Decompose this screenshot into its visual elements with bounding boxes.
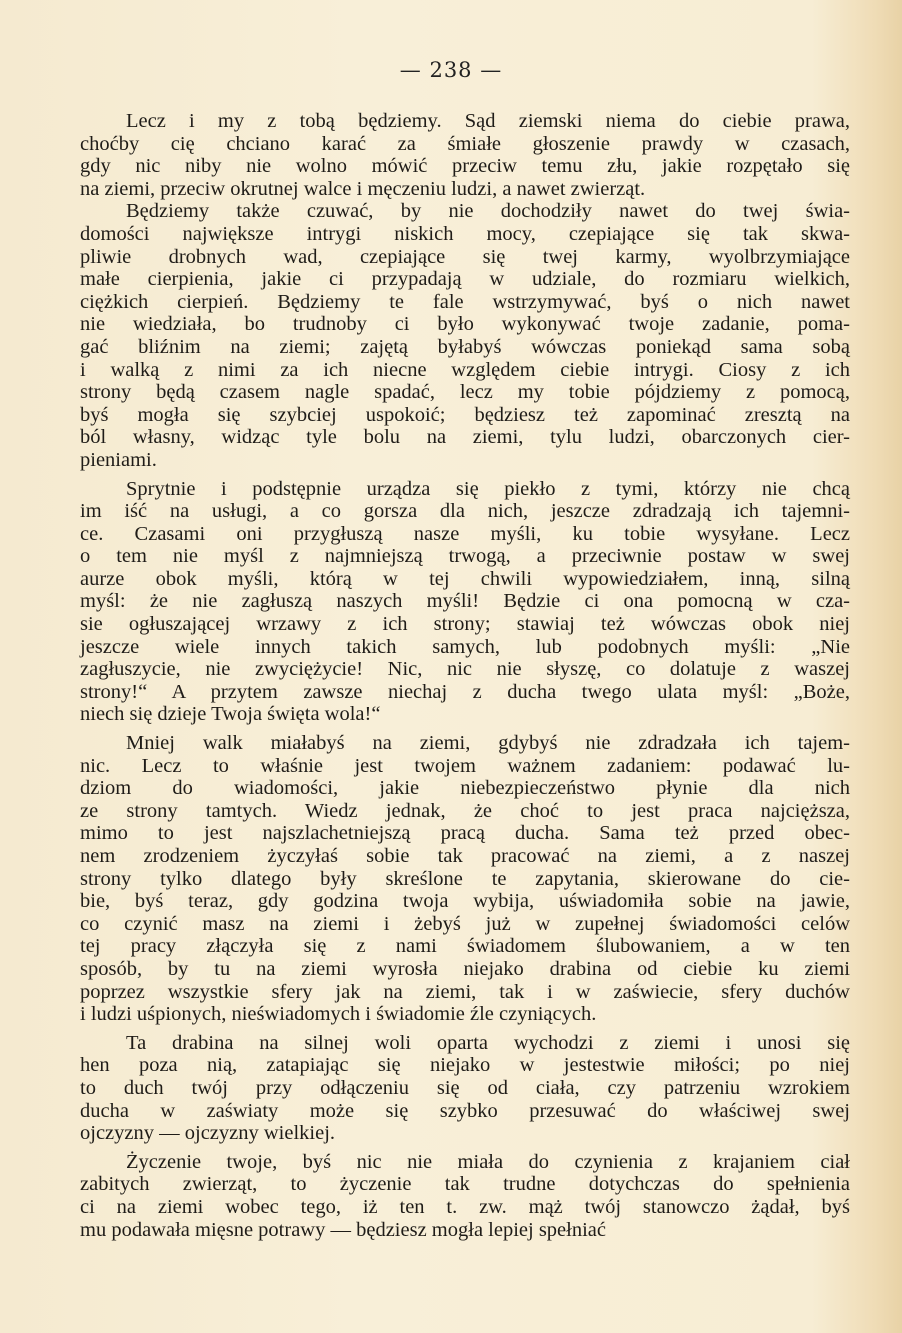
text-line: mimo to jest najszlachetniejszą pracą du… [80, 822, 850, 845]
text-line: i walką z nimi za ich niecne względem ci… [80, 359, 850, 382]
text-line: byś mogła się szybciej uspokoić; będzies… [80, 404, 850, 427]
text-line: dziom do wiadomości, jakie niebezpieczeń… [80, 777, 850, 800]
text-line: to duch twój przy odłączeniu się od ciał… [80, 1077, 850, 1100]
text-line: aurze obok myśli, którą w tej chwili wyp… [80, 568, 850, 591]
text-line: sie ogłuszającej wrzawy z ich strony; st… [80, 613, 850, 636]
text-line: choćby cię chciano karać za śmiałe głosz… [80, 133, 850, 156]
text-line: nem zrodzeniem życzyłaś sobie tak pracow… [80, 845, 850, 868]
text-line: bie, byś teraz, gdy godzina twoja wybija… [80, 890, 850, 913]
text-line: ze strony tamtych. Wiedz jednak, że choć… [80, 800, 850, 823]
text-line: na ziemi, przeciw okrutnej walce i męcze… [80, 178, 850, 201]
text-line: małe cierpienia, jakie ci przypadają w u… [80, 268, 850, 291]
text-line: strony tylko dlatego były skreślone te z… [80, 868, 850, 891]
text-line: tej pracy złączyła się z nami świadomem … [80, 935, 850, 958]
text-line: Życzenie twoje, byś nic nie miała do czy… [80, 1151, 850, 1174]
text-line: strony będą czasem nagle spadać, lecz my… [80, 381, 850, 404]
text-line: mu podawała mięsne potrawy — będziesz mo… [80, 1219, 850, 1242]
text-line: jeszcze wiele innych takich samych, lub … [80, 636, 850, 659]
book-page: — 238 — Lecz i my z tobą będziemy. Sąd z… [0, 0, 902, 1333]
text-line: pliwie drobnych wad, czepiające się twej… [80, 246, 850, 269]
text-line: pieniami. [80, 449, 850, 472]
text-line: zagłuszycie, nie zwyciężycie! Nic, nic n… [80, 658, 850, 681]
text-line: o tem nie myśl z najmniejszą trwogą, a p… [80, 545, 850, 568]
text-line: Ta drabina na silnej woli oparta wychodz… [80, 1032, 850, 1055]
body-text: Lecz i my z tobą będziemy. Sąd ziemski n… [80, 110, 850, 1241]
text-line: hen poza nią, zatapiając się niejako w j… [80, 1054, 850, 1077]
text-line: ce. Czasami oni przygłuszą nasze myśli, … [80, 523, 850, 546]
paragraph: Ta drabina na silnej woli oparta wychodz… [80, 1032, 850, 1145]
text-line: Mniej walk miałabyś na ziemi, gdybyś nie… [80, 732, 850, 755]
text-line: Sprytnie i podstępnie urządza się piekło… [80, 478, 850, 501]
text-line: co czynić masz na ziemi i żebyś już w zu… [80, 913, 850, 936]
text-line: zabitych zwierząt, to życzenie tak trudn… [80, 1173, 850, 1196]
text-line: ci na ziemi wobec tego, iż ten t. zw. mą… [80, 1196, 850, 1219]
text-line: ojczyzny — ojczyzny wielkiej. [80, 1122, 850, 1145]
text-line: im iść na usługi, a co gorsza dla nich, … [80, 500, 850, 523]
text-line: ducha w zaświaty może się szybko przesuw… [80, 1100, 850, 1123]
text-line: ciężkich cierpień. Będziemy te fale wstr… [80, 291, 850, 314]
text-line: myśl: że nie zagłuszą naszych myśli! Będ… [80, 590, 850, 613]
page-number: — 238 — [0, 58, 902, 82]
paragraph: Sprytnie i podstępnie urządza się piekło… [80, 478, 850, 727]
text-line: poprzez wszystkie sfery jak na ziemi, ta… [80, 981, 850, 1004]
text-line: nie wiedziała, bo trudnoby ci było wykon… [80, 313, 850, 336]
text-line: Lecz i my z tobą będziemy. Sąd ziemski n… [80, 110, 850, 133]
text-line: i ludzi uśpionych, nieświadomych i świad… [80, 1003, 850, 1026]
text-line: domości największe intrygi niskich mocy,… [80, 223, 850, 246]
text-line: gać bliźnim na ziemi; zajętą byłabyś wów… [80, 336, 850, 359]
text-line: gdy nic niby nie wolno mówić przeciw tem… [80, 155, 850, 178]
text-line: Będziemy także czuwać, by nie dochodziły… [80, 200, 850, 223]
text-line: nic. Lecz to właśnie jest twojem ważnem … [80, 755, 850, 778]
text-line: ból własny, widząc tyle bolu na ziemi, t… [80, 426, 850, 449]
paragraph: Mniej walk miałabyś na ziemi, gdybyś nie… [80, 732, 850, 1026]
paragraph: Życzenie twoje, byś nic nie miała do czy… [80, 1151, 850, 1241]
paragraph: Będziemy także czuwać, by nie dochodziły… [80, 200, 850, 471]
text-line: sposób, by tu na ziemi wyrosła niejako d… [80, 958, 850, 981]
text-line: niech się dzieje Twoja święta wola!“ [80, 703, 850, 726]
paragraph: Lecz i my z tobą będziemy. Sąd ziemski n… [80, 110, 850, 200]
text-line: strony!“ A przytem zawsze niechaj z duch… [80, 681, 850, 704]
